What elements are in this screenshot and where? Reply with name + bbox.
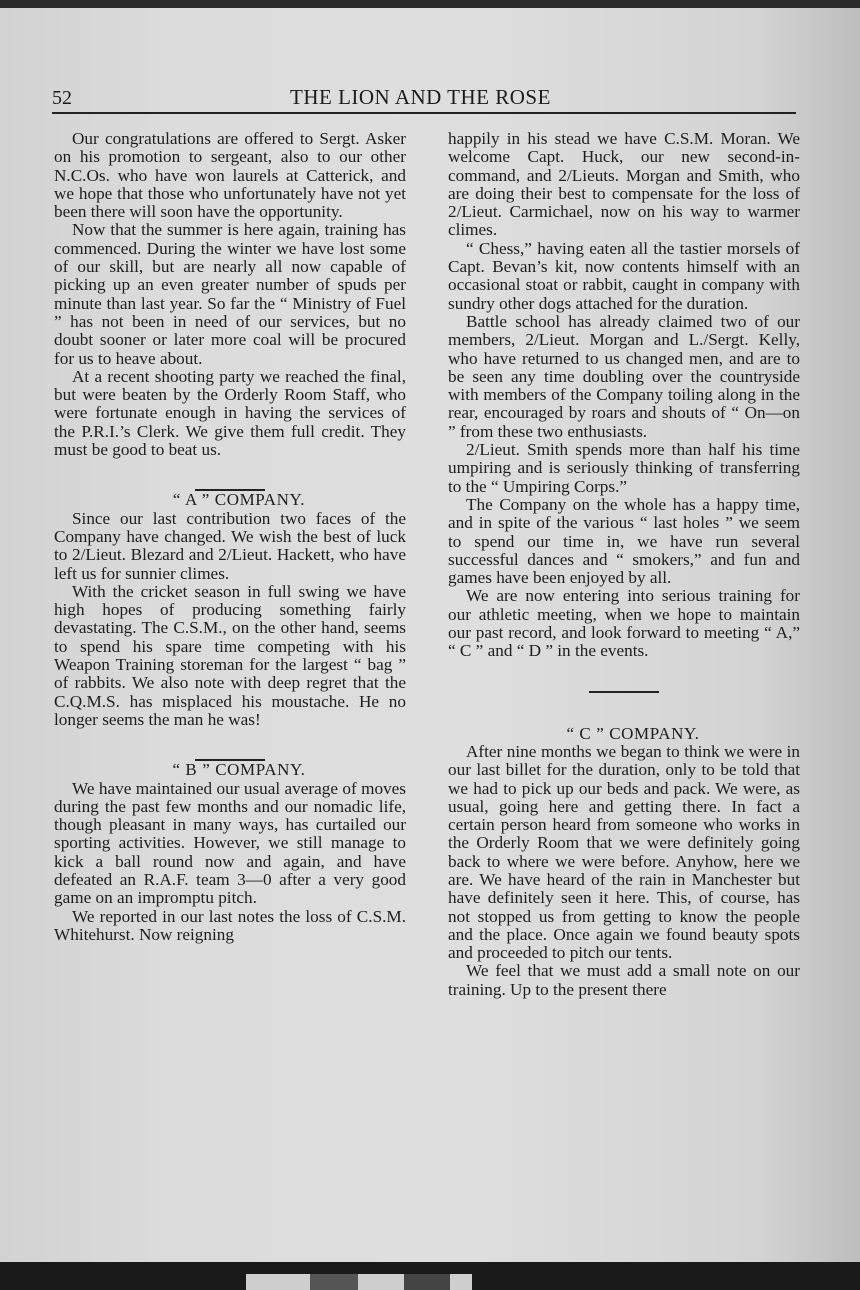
paragraph: The Company on the whole has a happy tim… bbox=[448, 496, 800, 587]
paragraph: With the cricket season in full swing we… bbox=[54, 583, 406, 729]
section-heading-b-company: “ B ” COMPANY. bbox=[54, 761, 406, 779]
section-divider bbox=[589, 691, 659, 693]
page-header: 52 THE LION AND THE ROSE bbox=[52, 80, 796, 114]
paragraph: Since our last contribution two faces of… bbox=[54, 510, 406, 583]
calibration-patch bbox=[404, 1274, 450, 1290]
paragraph: Now that the summer is here again, train… bbox=[54, 221, 406, 367]
paragraph: At a recent shooting party we reached th… bbox=[54, 368, 406, 459]
paragraph: “ Chess,” having eaten all the tastier m… bbox=[448, 240, 800, 313]
page-number: 52 bbox=[52, 87, 72, 110]
section-heading-c-company: “ C ” COMPANY. bbox=[448, 725, 800, 743]
scan-calibration-strip bbox=[246, 1274, 516, 1290]
paragraph: After nine months we began to think we w… bbox=[448, 743, 800, 963]
paragraph: We feel that we must add a small note on… bbox=[448, 962, 800, 999]
paragraph: Our congratulations are offered to Sergt… bbox=[54, 130, 406, 221]
running-title: THE LION AND THE ROSE bbox=[290, 85, 551, 110]
right-column: happily in his stead we have C.S.M. Mora… bbox=[448, 130, 800, 999]
paragraph: Battle school has already claimed two of… bbox=[448, 313, 800, 441]
paragraph: We have maintained our usual average of … bbox=[54, 780, 406, 908]
calibration-patch bbox=[450, 1274, 472, 1290]
section-heading-a-company: “ A ” COMPANY. bbox=[54, 491, 406, 509]
calibration-patch bbox=[246, 1274, 310, 1290]
magazine-page: 52 THE LION AND THE ROSE Our congratulat… bbox=[0, 0, 860, 1262]
calibration-patch bbox=[310, 1274, 358, 1290]
paragraph: 2/Lieut. Smith spends more than half his… bbox=[448, 441, 800, 496]
paragraph: We are now entering into serious trainin… bbox=[448, 587, 800, 660]
paragraph: happily in his stead we have C.S.M. Mora… bbox=[448, 130, 800, 240]
paragraph: We reported in our last notes the loss o… bbox=[54, 908, 406, 945]
left-column: Our congratulations are offered to Sergt… bbox=[54, 130, 406, 944]
calibration-patch bbox=[358, 1274, 404, 1290]
